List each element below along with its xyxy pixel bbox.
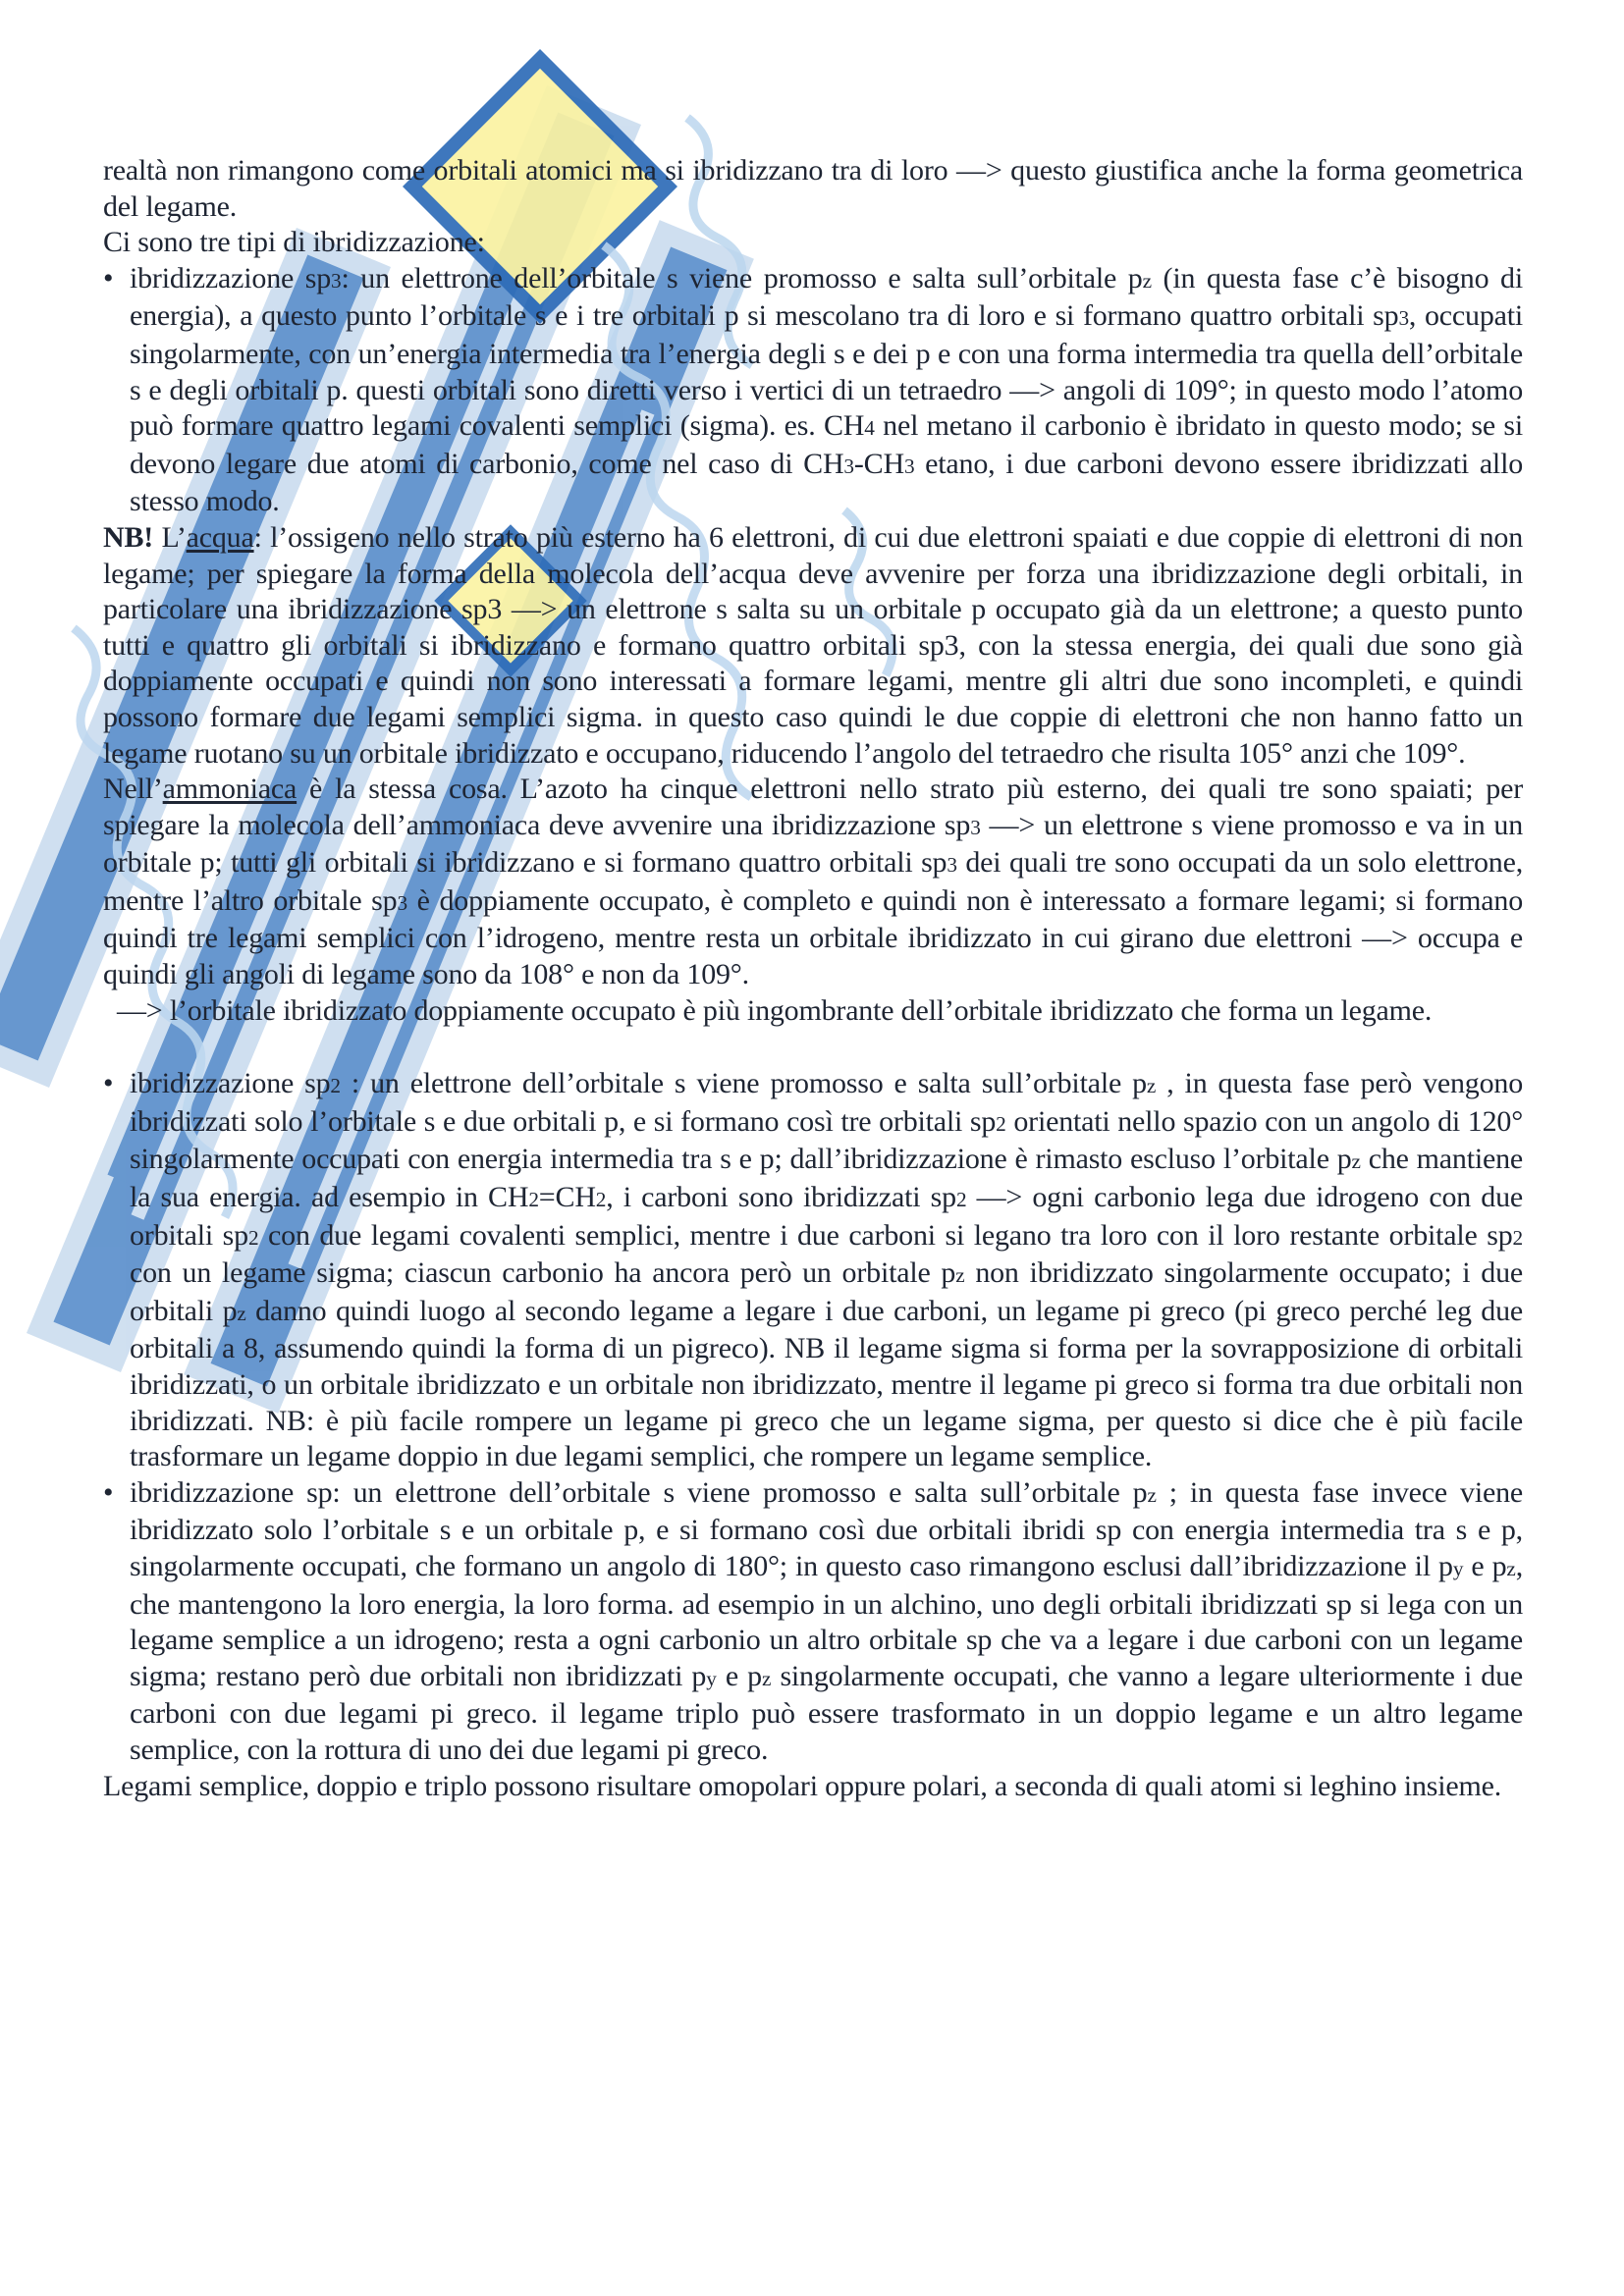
document-text: realtà non rimangono come orbitali atomi… (103, 153, 1523, 1804)
paragraph-break (103, 1029, 1523, 1066)
paragraph-nb-acqua: NB! L’acqua: l’ossigeno nello strato più… (103, 520, 1523, 772)
paragraph-intro: realtà non rimangono come orbitali atomi… (103, 153, 1523, 225)
bullet-item-sp3: • ibridizzazione sp3: un elettrone dell’… (103, 261, 1523, 520)
bullet-icon: • (103, 1475, 130, 1769)
document-page: realtà non rimangono come orbitali atomi… (0, 0, 1624, 2296)
paragraph-legami-finale: Legami semplice, doppio e triplo possono… (103, 1769, 1523, 1805)
bullet-icon: • (103, 261, 130, 520)
paragraph-tipi-ibridizzazione: Ci sono tre tipi di ibridizzazione: (103, 225, 1523, 261)
bullet-text-sp2: ibridizzazione sp2 : un elettrone dell’o… (130, 1066, 1523, 1475)
bullet-icon: • (103, 1066, 130, 1475)
bullet-item-sp: • ibridizzazione sp: un elettrone dell’o… (103, 1475, 1523, 1769)
bullet-item-sp2: • ibridizzazione sp2 : un elettrone dell… (103, 1066, 1523, 1475)
bullet-text-sp3: ibridizzazione sp3: un elettrone dell’or… (130, 261, 1523, 520)
paragraph-orbitale-ingombrante: —> l’orbitale ibridizzato doppiamente oc… (103, 993, 1523, 1030)
bullet-text-sp: ibridizzazione sp: un elettrone dell’orb… (130, 1475, 1523, 1769)
paragraph-ammoniaca: Nell’ammoniaca è la stessa cosa. L’azoto… (103, 772, 1523, 993)
